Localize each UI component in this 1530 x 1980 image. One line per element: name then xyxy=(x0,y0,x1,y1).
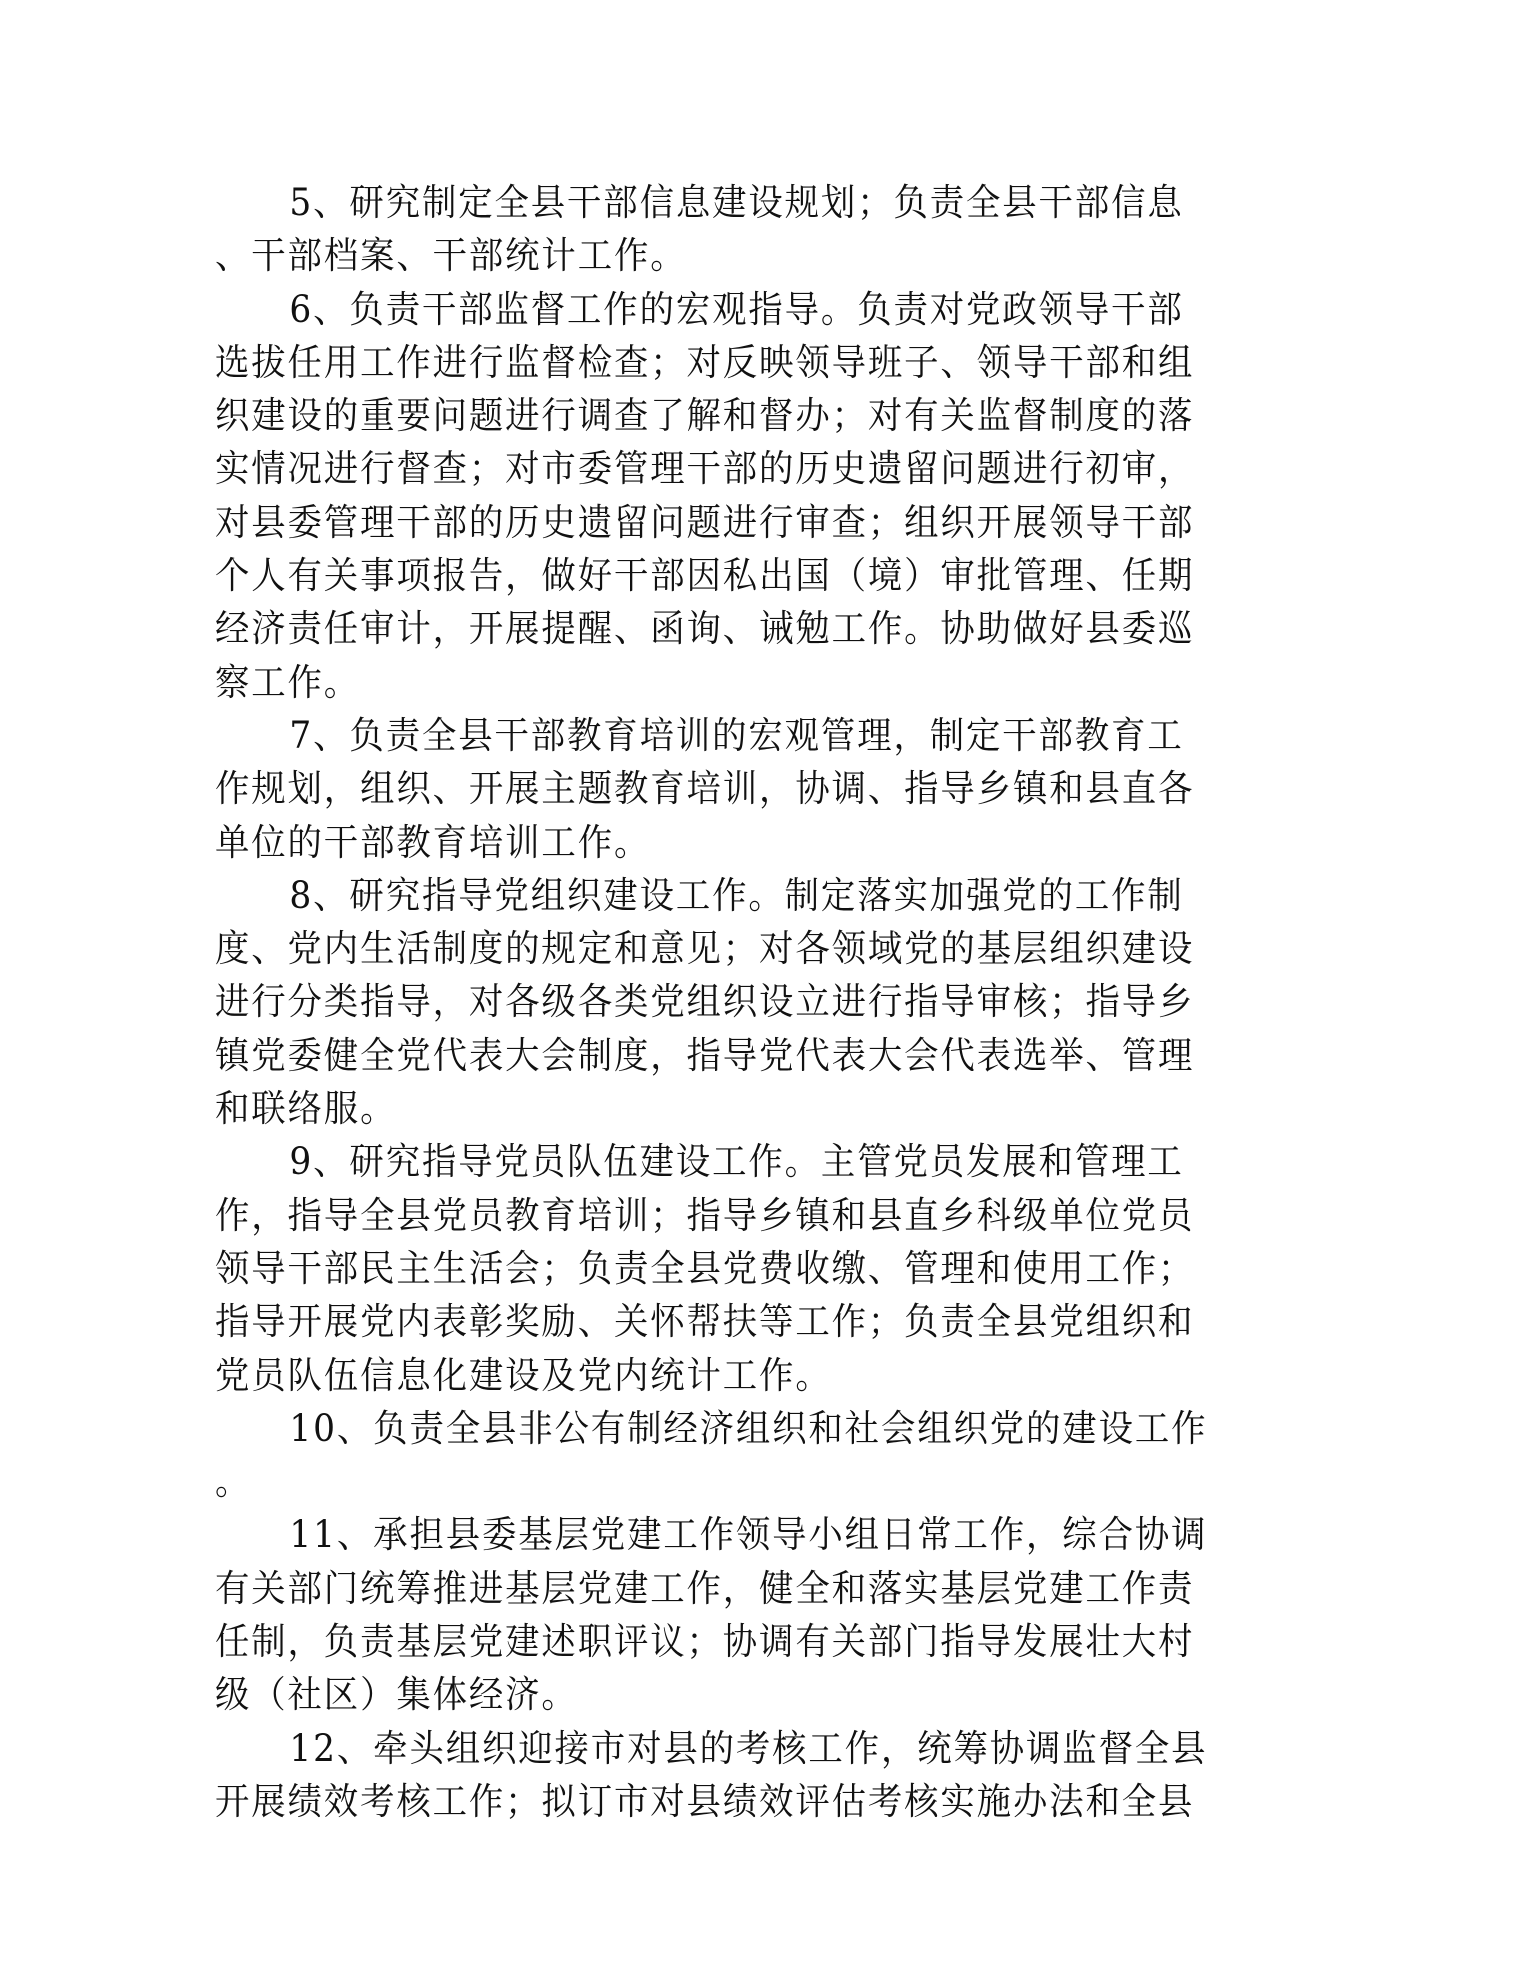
paragraph-line: 察工作。 xyxy=(215,656,1238,709)
document-body: 5、研究制定全县干部信息建设规划；负责全县干部信息 、干部档案、干部统计工作。 … xyxy=(215,176,1315,1828)
paragraph-11: 11、承担县委基层党建工作领导小组日常工作，综合协调 有关部门统筹推进基层党建工… xyxy=(215,1508,1315,1721)
paragraph-line: 6、负责干部监督工作的宏观指导。负责对党政领导干部 xyxy=(215,283,1238,336)
paragraph-line: 12、牵头组织迎接市对县的考核工作，统筹协调监督全县 xyxy=(215,1722,1238,1775)
paragraph-line: 、干部档案、干部统计工作。 xyxy=(215,229,1238,282)
paragraph-line: 有关部门统筹推进基层党建工作，健全和落实基层党建工作责 xyxy=(215,1562,1238,1615)
paragraph-5: 5、研究制定全县干部信息建设规划；负责全县干部信息 、干部档案、干部统计工作。 xyxy=(215,176,1315,283)
paragraph-line: 织建设的重要问题进行调查了解和督办；对有关监督制度的落 xyxy=(215,389,1238,442)
paragraph-9: 9、研究指导党员队伍建设工作。主管党员发展和管理工 作，指导全县党员教育培训；指… xyxy=(215,1135,1315,1401)
paragraph-line: 5、研究制定全县干部信息建设规划；负责全县干部信息 xyxy=(215,176,1238,229)
paragraph-line: 8、研究指导党组织建设工作。制定落实加强党的工作制 xyxy=(215,869,1238,922)
paragraph-line: 对县委管理干部的历史遗留问题进行审查；组织开展领导干部 xyxy=(215,496,1238,549)
paragraph-line: 经济责任审计，开展提醒、函询、诫勉工作。协助做好县委巡 xyxy=(215,602,1238,655)
paragraph-line: 10、负责全县非公有制经济组织和社会组织党的建设工作 xyxy=(215,1402,1238,1455)
paragraph-line: 单位的干部教育培训工作。 xyxy=(215,816,1238,869)
paragraph-line: 7、负责全县干部教育培训的宏观管理，制定干部教育工 xyxy=(215,709,1238,762)
paragraph-line: 9、研究指导党员队伍建设工作。主管党员发展和管理工 xyxy=(215,1135,1238,1188)
paragraph-line: 个人有关事项报告，做好干部因私出国（境）审批管理、任期 xyxy=(215,549,1238,602)
paragraph-line: 11、承担县委基层党建工作领导小组日常工作，综合协调 xyxy=(215,1508,1238,1561)
paragraph-line: 镇党委健全党代表大会制度，指导党代表大会代表选举、管理 xyxy=(215,1029,1238,1082)
paragraph-line: 。 xyxy=(215,1455,1238,1508)
paragraph-line: 进行分类指导，对各级各类党组织设立进行指导审核；指导乡 xyxy=(215,975,1238,1028)
paragraph-6: 6、负责干部监督工作的宏观指导。负责对党政领导干部 选拔任用工作进行监督检查；对… xyxy=(215,283,1315,709)
paragraph-line: 任制，负责基层党建述职评议；协调有关部门指导发展壮大村 xyxy=(215,1615,1238,1668)
paragraph-line: 和联络服。 xyxy=(215,1082,1238,1135)
paragraph-line: 指导开展党内表彰奖励、关怀帮扶等工作；负责全县党组织和 xyxy=(215,1295,1238,1348)
paragraph-line: 实情况进行督查；对市委管理干部的历史遗留问题进行初审， xyxy=(215,442,1238,495)
paragraph-line: 度、党内生活制度的规定和意见；对各领域党的基层组织建设 xyxy=(215,922,1238,975)
paragraph-line: 级（社区）集体经济。 xyxy=(215,1668,1238,1721)
paragraph-8: 8、研究指导党组织建设工作。制定落实加强党的工作制 度、党内生活制度的规定和意见… xyxy=(215,869,1315,1135)
paragraph-line: 作，指导全县党员教育培训；指导乡镇和县直乡科级单位党员 xyxy=(215,1189,1238,1242)
paragraph-12: 12、牵头组织迎接市对县的考核工作，统筹协调监督全县 开展绩效考核工作；拟订市对… xyxy=(215,1722,1315,1829)
paragraph-7: 7、负责全县干部教育培训的宏观管理，制定干部教育工 作规划，组织、开展主题教育培… xyxy=(215,709,1315,869)
paragraph-line: 选拔任用工作进行监督检查；对反映领导班子、领导干部和组 xyxy=(215,336,1238,389)
paragraph-line: 党员队伍信息化建设及党内统计工作。 xyxy=(215,1349,1238,1402)
paragraph-line: 领导干部民主生活会；负责全县党费收缴、管理和使用工作； xyxy=(215,1242,1238,1295)
document-page: 5、研究制定全县干部信息建设规划；负责全县干部信息 、干部档案、干部统计工作。 … xyxy=(0,0,1530,1980)
paragraph-10: 10、负责全县非公有制经济组织和社会组织党的建设工作 。 xyxy=(215,1402,1315,1509)
paragraph-line: 开展绩效考核工作；拟订市对县绩效评估考核实施办法和全县 xyxy=(215,1775,1238,1828)
paragraph-line: 作规划，组织、开展主题教育培训，协调、指导乡镇和县直各 xyxy=(215,762,1238,815)
